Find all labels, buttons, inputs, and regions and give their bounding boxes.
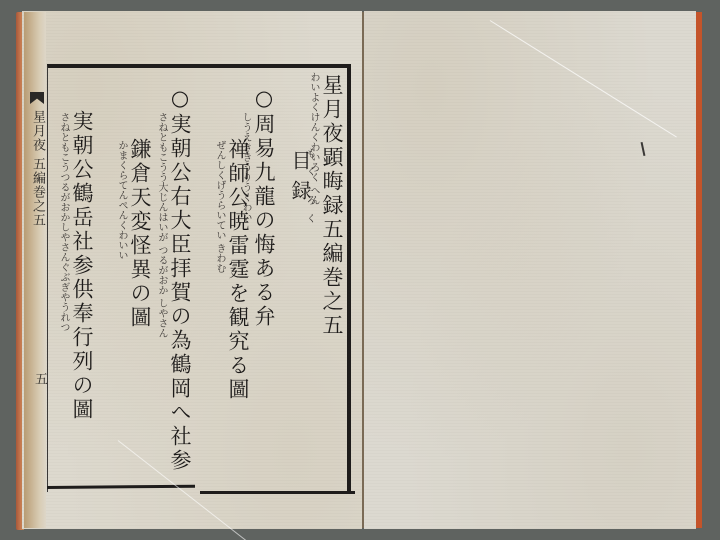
volume-title: 星月夜顕晦録五編巻之五: [320, 74, 344, 338]
circle-marker-icon: ○: [168, 86, 192, 113]
fore-edge-margin: [24, 12, 46, 528]
toc-entry-continuation: 禅師公暁雷霆を観究る圖: [226, 138, 250, 402]
entry-text: 周易九龍の悔ある弁: [252, 113, 276, 329]
toc-entry: 鎌倉天変怪異の圖: [128, 138, 152, 330]
right-page: [364, 11, 696, 529]
circle-marker-icon: ○: [252, 86, 276, 113]
toc-entry: ○周易九龍の悔ある弁: [252, 86, 276, 329]
toc-entry: ○実朝公右大臣拝賀の為鶴岡へ社参: [168, 86, 192, 473]
entry-ruby: さねともこうつるがおかしやさんぐぶぎやうれつ: [58, 112, 68, 332]
book-gutter: [362, 12, 364, 528]
margin-title: 星月夜 五編巻之五: [28, 110, 46, 227]
toc-entry: 実朝公鶴岳社参供奉行列の圖: [70, 110, 94, 422]
entry-text: 実朝公右大臣拝賀の為鶴岡へ社参: [168, 113, 192, 473]
entry-ruby: かまくらてんぺんくわいい: [116, 140, 126, 260]
toc-heading-ruby: もく ろく: [304, 148, 314, 231]
entry-ruby: さねともこうう大じんはいが つるがおか しやさん: [156, 112, 166, 338]
open-book: 星月夜 五編巻之五 五 星月夜顕晦録五編巻之五 わいよくけんくわいろく へん 目…: [0, 0, 720, 540]
frame-bottom-rule: [200, 491, 355, 494]
entry-ruby: ぜんしくげうらいてい きわむ: [214, 140, 224, 273]
